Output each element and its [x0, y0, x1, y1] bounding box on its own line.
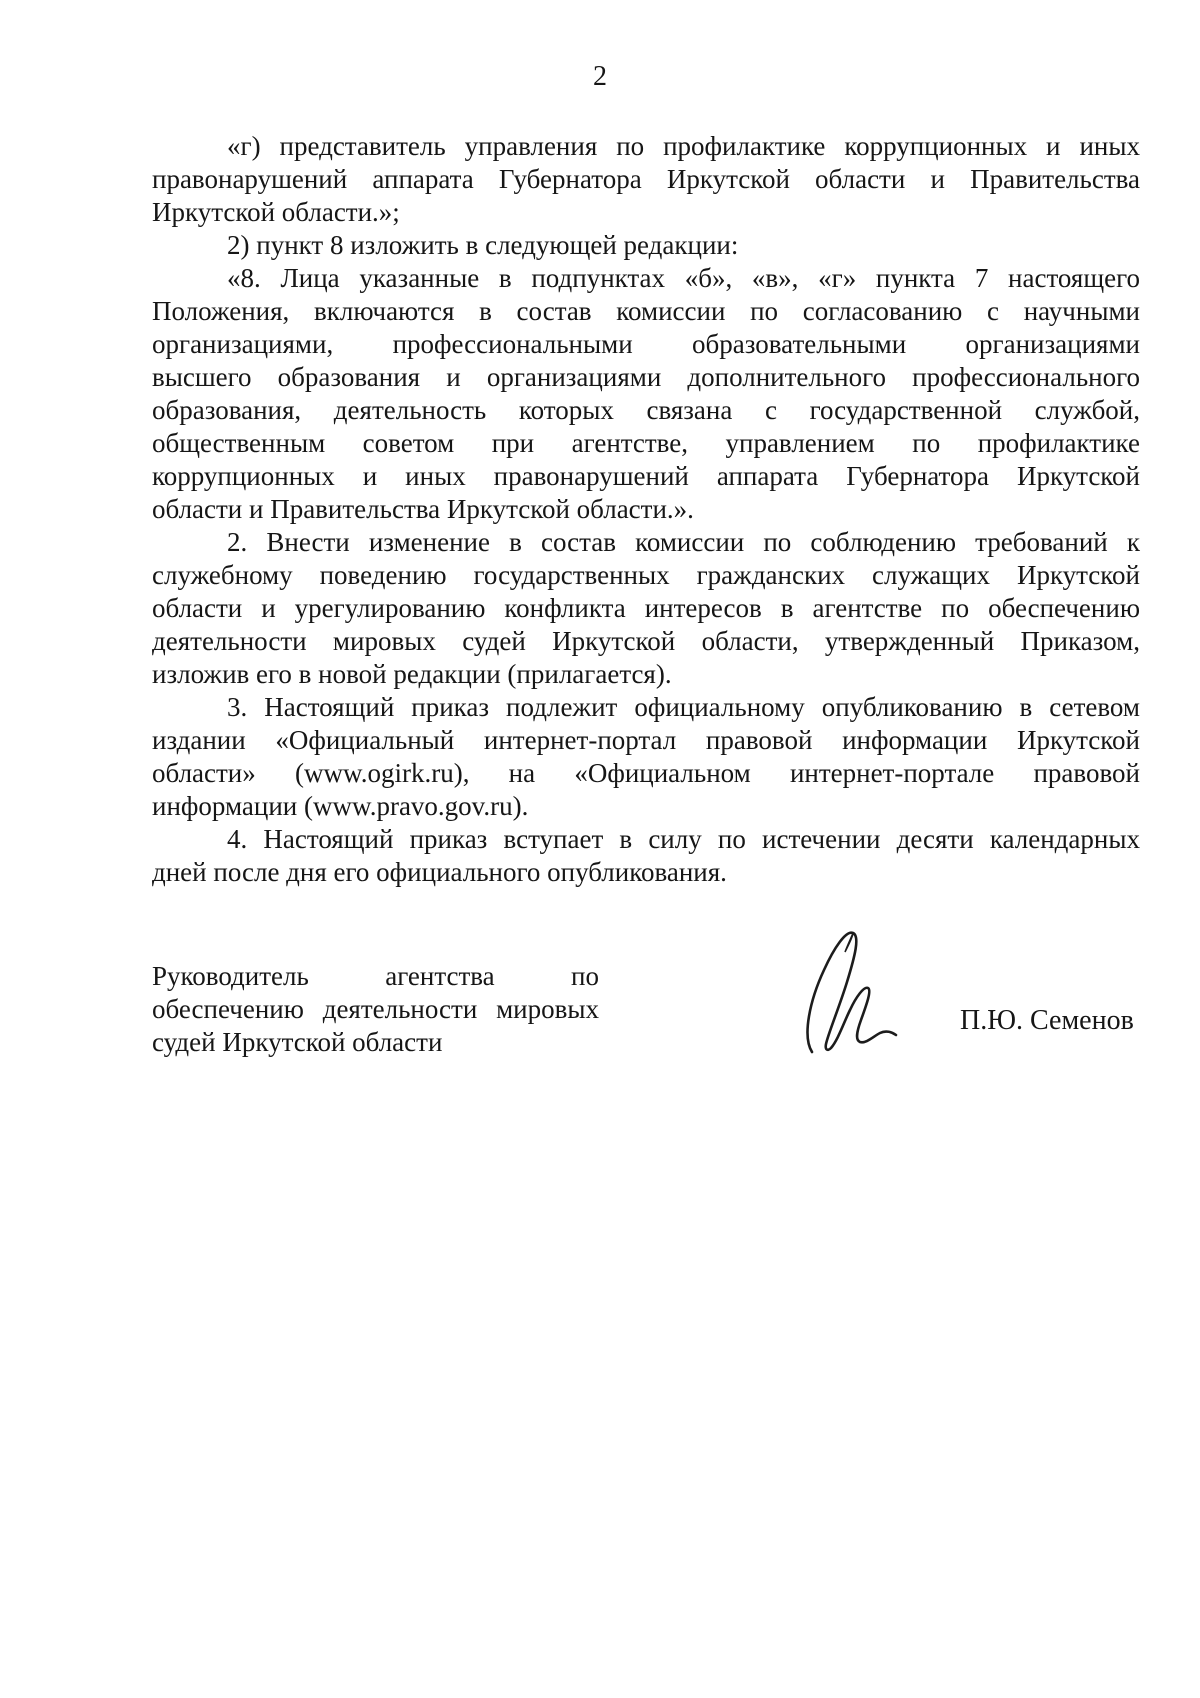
text-line: 2. Внести изменение в состав комиссии по… — [152, 526, 1140, 559]
paragraph: «г) представитель управления по профилак… — [152, 130, 1140, 229]
text-line: издании «Официальный интернет-портал пра… — [152, 724, 1140, 757]
text-line: деятельности мировых судей Иркутской обл… — [152, 625, 1140, 658]
paragraph: 2. Внести изменение в состав комиссии по… — [152, 526, 1140, 691]
text-line: Положения, включаются в состав комиссии … — [152, 295, 1140, 328]
paragraph: 3. Настоящий приказ подлежит официальном… — [152, 691, 1140, 823]
text-line: высшего образования и организациями допо… — [152, 361, 1140, 394]
text-line: 4. Настоящий приказ вступает в силу по и… — [152, 823, 1140, 856]
text-line: 2) пункт 8 изложить в следующей редакции… — [152, 229, 1140, 262]
text-line: области и Правительства Иркутской област… — [152, 493, 1140, 526]
text-line: 3. Настоящий приказ подлежит официальном… — [152, 691, 1140, 724]
document-body: «г) представитель управления по профилак… — [152, 130, 1140, 889]
text-line: Иркутской области.»; — [152, 196, 1140, 229]
text-line: дней после дня его официального опублико… — [152, 856, 1140, 889]
text-line: организациями, профессиональными образов… — [152, 328, 1140, 361]
text-line: коррупционных и иных правонарушений аппа… — [152, 460, 1140, 493]
text-line: «г) представитель управления по профилак… — [152, 130, 1140, 163]
text-line: общественным советом при агентстве, упра… — [152, 427, 1140, 460]
handwritten-signature-icon — [800, 926, 900, 1056]
signatory-position-line: Руководитель агентства по — [152, 960, 599, 993]
signatory-name: П.Ю. Семенов — [960, 1004, 1134, 1037]
document-page: 2 «г) представитель управления по профил… — [0, 0, 1200, 1698]
text-line: области и урегулированию конфликта интер… — [152, 592, 1140, 625]
text-line: информации (www.pravo.gov.ru). — [152, 790, 1140, 823]
paragraph: «8. Лица указанные в подпунктах «б», «в»… — [152, 262, 1140, 526]
text-line: правонарушений аппарата Губернатора Ирку… — [152, 163, 1140, 196]
text-line: служебному поведению государственных гра… — [152, 559, 1140, 592]
page-number: 2 — [0, 60, 1200, 93]
text-line: «8. Лица указанные в подпунктах «б», «в»… — [152, 262, 1140, 295]
signature-block: Руководитель агентства пообеспечению дея… — [152, 960, 1140, 1110]
text-line: образования, деятельность которых связан… — [152, 394, 1140, 427]
text-line: области» (www.ogirk.ru), на «Официальном… — [152, 757, 1140, 790]
signatory-position-line: обеспечению деятельности мировых — [152, 993, 599, 1026]
signatory-position: Руководитель агентства пообеспечению дея… — [152, 960, 599, 1059]
text-line: изложив его в новой редакции (прилагаетс… — [152, 658, 1140, 691]
paragraph: 4. Настоящий приказ вступает в силу по и… — [152, 823, 1140, 889]
signature-scribble — [800, 926, 900, 1056]
signatory-position-line: судей Иркутской области — [152, 1026, 599, 1059]
paragraph: 2) пункт 8 изложить в следующей редакции… — [152, 229, 1140, 262]
